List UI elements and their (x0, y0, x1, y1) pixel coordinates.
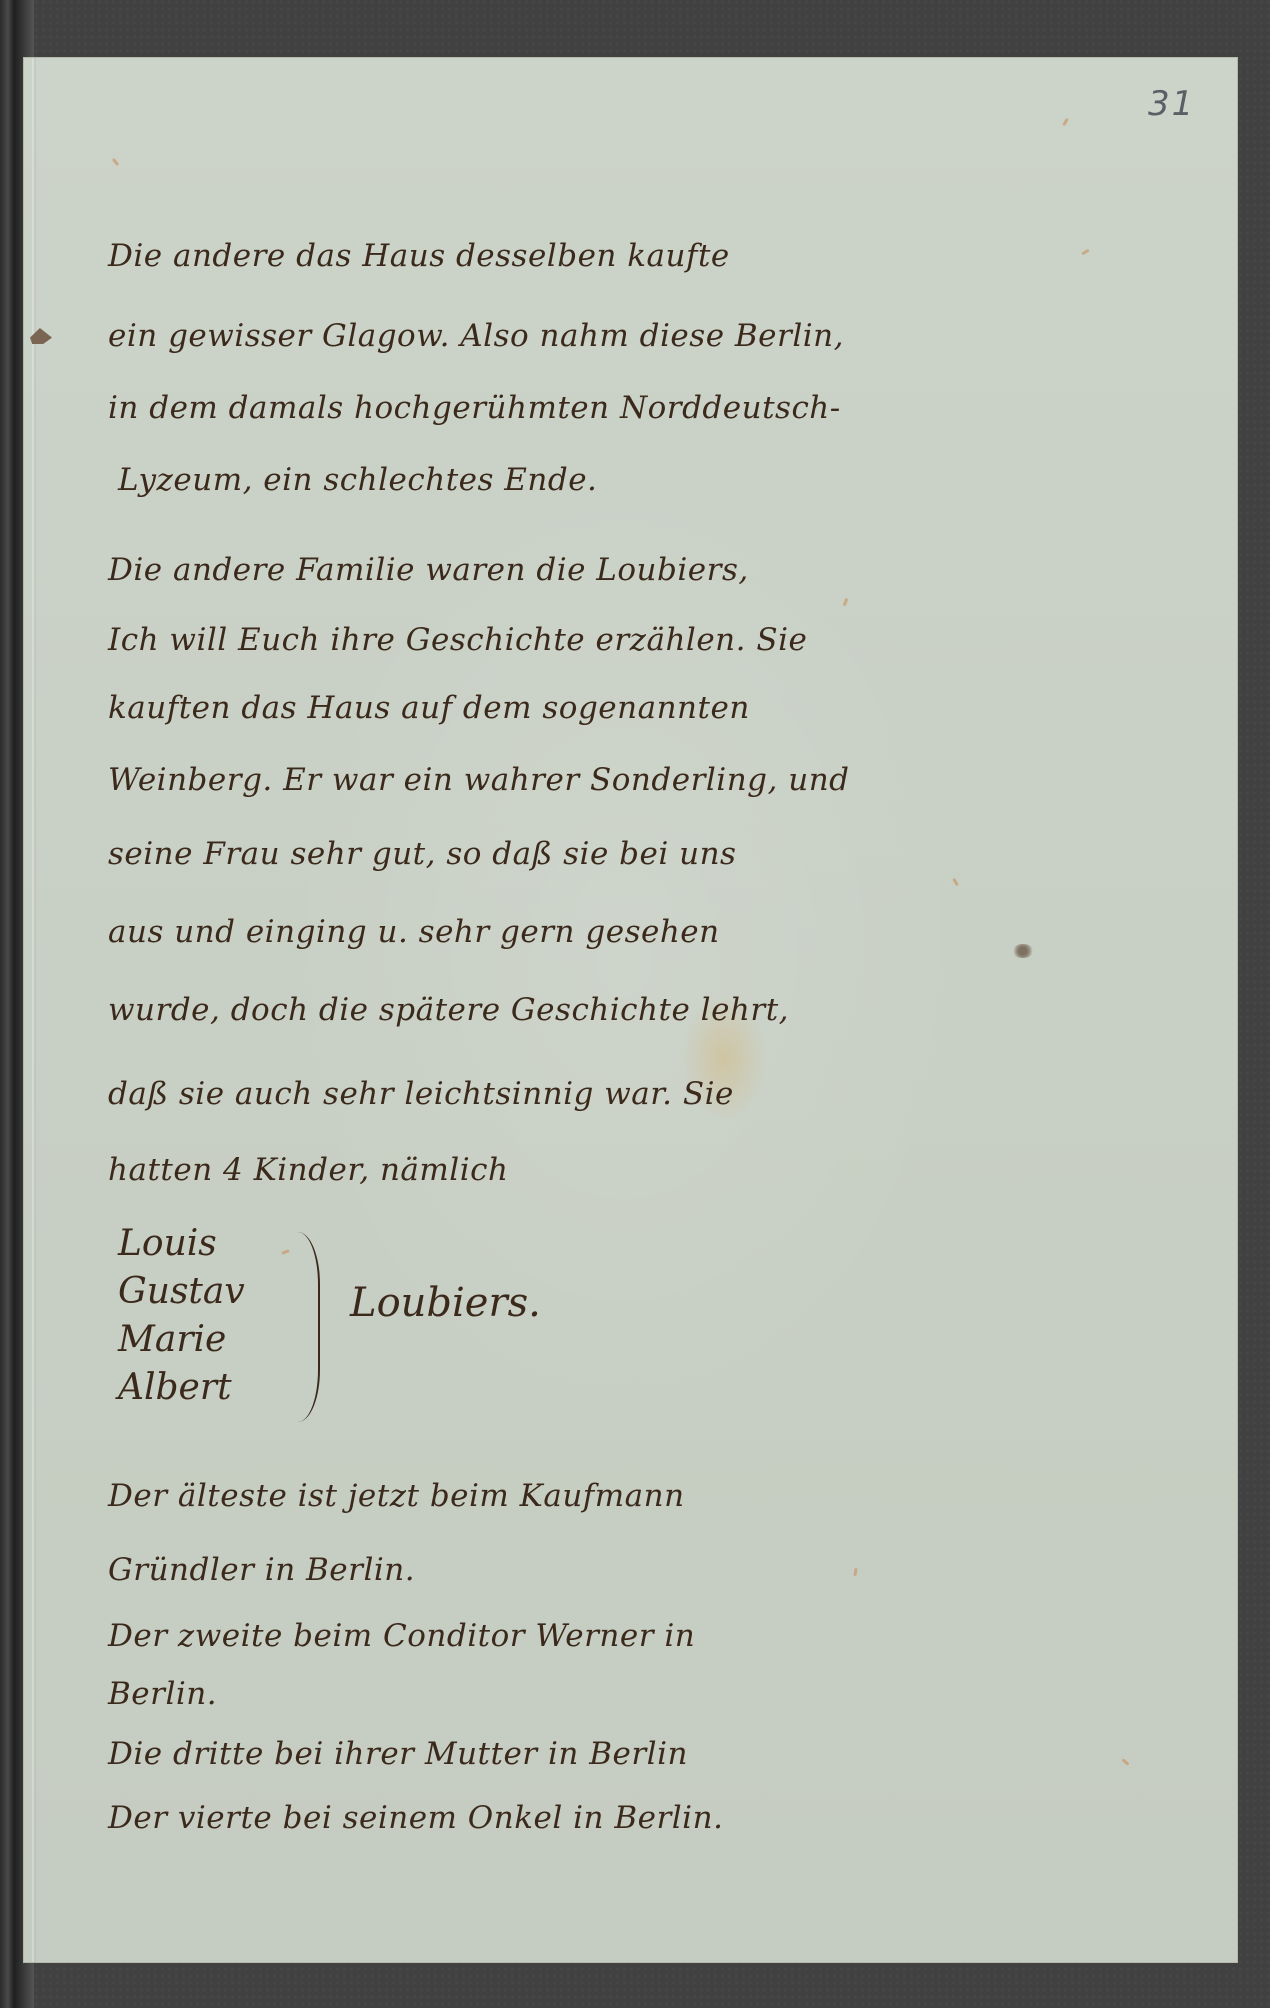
text-line: Gründler in Berlin. (108, 1552, 415, 1588)
library-stamp-mark (1012, 944, 1034, 958)
text-line: wurde, doch die spätere Geschichte lehrt… (108, 992, 789, 1028)
text-line: Die andere das Haus desselben kaufte (108, 238, 730, 274)
text-line: seine Frau sehr gut, so daß sie bei uns (108, 836, 736, 872)
text-line: aus und einging u. sehr gern gesehen (108, 914, 720, 950)
text-line: in dem damals hochgerühmten Norddeutsch- (108, 390, 841, 426)
paper-fiber (853, 1568, 857, 1576)
paper-fiber (281, 1249, 290, 1255)
text-line: Der älteste ist jetzt beim Kaufmann (108, 1478, 685, 1514)
text-line: Der vierte bei seinem Onkel in Berlin. (108, 1800, 723, 1836)
text-line: hatten 4 Kinder, nämlich (108, 1152, 508, 1188)
paper-fiber (843, 598, 849, 607)
paper-fiber (112, 158, 119, 166)
child-name: Gustav (118, 1268, 245, 1316)
text-line: Der zweite beim Conditor Werner in (108, 1618, 695, 1654)
grouping-brace (298, 1232, 320, 1422)
text-line: daß sie auch sehr leichtsinnig war. Sie (108, 1076, 734, 1112)
text-line: Weinberg. Er war ein wahrer Sonderling, … (108, 762, 850, 798)
child-name: Marie (118, 1316, 245, 1364)
child-name: Louis (118, 1220, 245, 1268)
text-line: Berlin. (108, 1676, 217, 1712)
text-line: Lyzeum, ein schlechtes Ende. (118, 462, 597, 498)
child-name: Albert (118, 1364, 245, 1412)
paper-fiber (1121, 1758, 1129, 1765)
children-names-list: Louis Gustav Marie Albert (118, 1220, 245, 1412)
text-line: kauften das Haus auf dem sogenannten (108, 690, 750, 726)
text-line: Die andere Familie waren die Loubiers, (108, 552, 749, 588)
text-line: Die dritte bei ihrer Mutter in Berlin (108, 1736, 688, 1772)
page-number: 31 (1148, 84, 1195, 124)
text-line: ein gewisser Glagow. Also nahm diese Ber… (108, 318, 844, 354)
family-name: Loubiers. (350, 1280, 541, 1326)
text-line: Ich will Euch ihre Geschichte erzählen. … (108, 622, 807, 658)
paper-fiber (1081, 249, 1089, 256)
paper-fiber (952, 878, 959, 886)
paper-fiber (1062, 118, 1069, 126)
